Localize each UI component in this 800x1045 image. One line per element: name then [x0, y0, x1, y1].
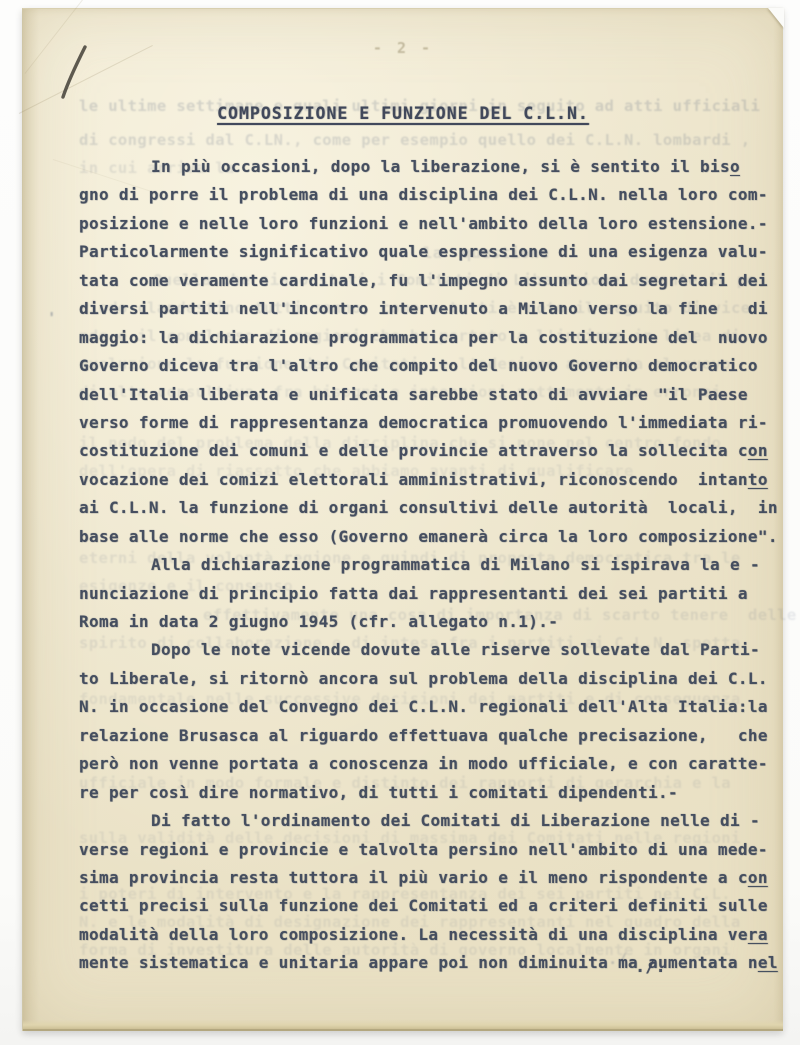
typed-line: Roma in data 2 giugno 1945 (cfr. allegat… [79, 608, 781, 636]
continuation-mark: ./. [635, 957, 666, 977]
typed-line: tata come veramente cardinale, fu l'impe… [79, 267, 781, 295]
typed-line: Dopo le note vicende dovute alle riserve… [79, 636, 781, 664]
bleed-through-line: ' [47, 309, 57, 327]
typed-line: però non venne portata a conoscenza in m… [79, 750, 781, 778]
typed-line: base alle norme che esso (Governo emaner… [79, 523, 781, 551]
typed-line: to Liberale, si ritornò ancora sul probl… [79, 665, 781, 693]
typed-line: Di fatto l'ordinamento dei Comitati di L… [79, 807, 781, 835]
typed-line: verso forme di rappresentanza democratic… [79, 409, 781, 437]
title-row: COMPOSIZIONE E FUNZIONE DEL C.L.N. [23, 104, 783, 123]
typed-line: mente sistematica e unitaria appare poi … [79, 949, 781, 977]
typed-line: In più occasioni, dopo la liberazione, s… [79, 153, 781, 181]
typed-line: vocazione dei comizi elettorali amminist… [79, 466, 781, 494]
typed-line: Governo diceva tra l'altro che compito d… [79, 352, 781, 380]
typed-line: dell'Italia liberata e unificata sarebbe… [79, 381, 781, 409]
typed-line: gno di porre il problema di una discipli… [79, 181, 781, 209]
handwritten-slash-mark [53, 41, 97, 103]
typed-line: posizione e nelle loro funzioni e nell'a… [79, 210, 781, 238]
typed-line: modalità della loro composizione. La nec… [79, 921, 781, 949]
typed-body: In più occasioni, dopo la liberazione, s… [79, 153, 781, 978]
typed-line: relazione Brusasca al riguardo effettuav… [79, 722, 781, 750]
typed-line: costituzione dei comuni e delle provinci… [79, 437, 781, 465]
typed-line: N. in occasione del Convegno dei C.L.N. … [79, 693, 781, 721]
typed-line: re per così dire normativo, di tutti i c… [79, 779, 781, 807]
typed-line: cetti precisi sulla funzione dei Comitat… [79, 892, 781, 920]
page-title: COMPOSIZIONE E FUNZIONE DEL C.L.N. [217, 104, 589, 123]
typed-line: ai C.L.N. la funzione di organi consulti… [79, 494, 781, 522]
typed-line: sima provincia resta tuttora il più vari… [79, 864, 781, 892]
corner-fold [768, 8, 784, 28]
typed-line: maggio: la dichiarazione programmatica p… [79, 324, 781, 352]
typed-line: diversi partiti nell'incontro intervenut… [79, 295, 781, 323]
typed-line: Particolarmente significativo quale espr… [79, 238, 781, 266]
typed-line: verse regioni e provincie e talvolta per… [79, 836, 781, 864]
typed-line: Alla dichiarazione programmatica di Mila… [79, 551, 781, 579]
page-number: - 2 - [23, 39, 783, 57]
bleed-through-line: di congressi dal C.LN., come per esempio… [79, 131, 751, 149]
document-scan: - 2 - le ultime settimane e quali ultimi… [0, 0, 800, 1045]
document-page: - 2 - le ultime settimane e quali ultimi… [22, 8, 783, 1031]
typed-line: nunciazione di principio fatta dai rappr… [79, 580, 781, 608]
